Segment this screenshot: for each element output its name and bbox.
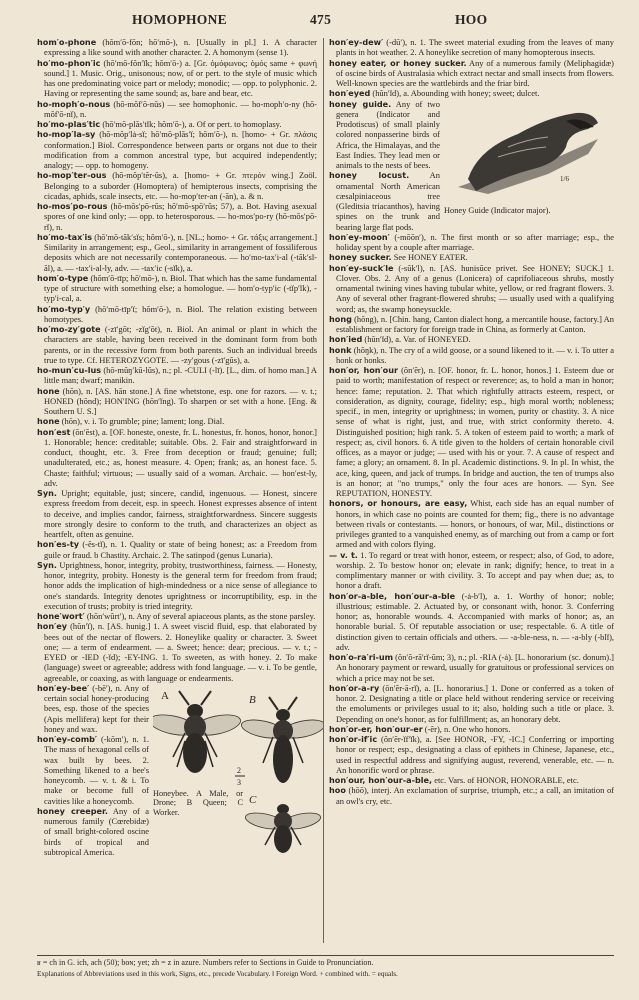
definition: Upright; equitable, just; sincere, candi… xyxy=(44,488,317,539)
dictionary-entry: hon′es-ty (-ĕs-tĭ), n. 1. Quality or sta… xyxy=(37,539,317,560)
headword: hone′wort′ xyxy=(37,611,85,621)
dictionary-entry: ho′mo-tax′is (hō′mō-tăk′sĭs; hŏm′ō-), n.… xyxy=(37,232,317,273)
dictionary-entry: hon′ey-moon′ (-mōōn′), n. The first mont… xyxy=(329,232,614,253)
headword: hon′es-ty xyxy=(37,539,79,549)
definition: (hōn), n. [AS. hān stone.] A fine whetst… xyxy=(44,386,317,417)
dictionary-entry: hon′ey-suck′le (-sŭk′l), n. [AS. hunisūc… xyxy=(329,263,614,314)
column-divider xyxy=(323,38,324,943)
headword: hone xyxy=(37,416,60,426)
left-column: hom′o-phone (hŏm′ō-fōn; hō′mō-), n. [Usu… xyxy=(37,37,317,857)
definition: (hŭn′ĭd), a. Var. of HONEYED. xyxy=(362,334,470,344)
definition: (hō′mō-plăs′tĭk; hŏm′ō-), a. Of or pert.… xyxy=(100,119,281,129)
svg-text:B: B xyxy=(249,694,256,706)
dictionary-entry: hone′wort′ (hōn′wûrt′), n. Any of severa… xyxy=(37,611,317,621)
headword: honey sucker. xyxy=(329,252,392,262)
headword: honors, or honours, are easy, xyxy=(329,498,467,508)
headword: hom′o-type xyxy=(37,273,88,283)
dictionary-entry: honk (hŏŋk), n. The cry of a wild goose,… xyxy=(329,345,614,366)
dictionary-entry: hone (hōn), n. [AS. hān stone.] A fine w… xyxy=(37,386,317,417)
honeybee-caption: Honeybee. A Male, or Drone; B Queen; C W… xyxy=(153,789,243,818)
dictionary-entry: ho-mop′la-sy (hō-mŏp′lȧ-sĭ; hō′mō-plăs′ĭ… xyxy=(37,129,317,170)
headword: ho-mun′cu-lus xyxy=(37,365,101,375)
headword: hon′or-if′ic xyxy=(329,734,377,744)
dictionary-entry: ho-mun′cu-lus (hō-mŭŋ′kū-lŭs), n.; pl. -… xyxy=(37,365,317,386)
right-guide-word: HOO xyxy=(455,12,487,28)
headword: hon′ey-moon′ xyxy=(329,232,390,242)
headword: hon′ey xyxy=(37,621,67,631)
dictionary-entry: hone (hōn), v. i. To grumble; pine; lame… xyxy=(37,416,317,426)
headword: honey guide. xyxy=(329,99,391,109)
footer-line-2: Explanations of Abbreviations used in th… xyxy=(37,969,614,980)
definition: (ŏn′ẽr), n. [OF. honor, fr. L. honor, ho… xyxy=(336,365,614,498)
pronunciation-footer: ʁ = ch in G. ich, ach (50); boɴ; yet; zh… xyxy=(37,958,614,979)
svg-text:3: 3 xyxy=(237,778,241,787)
dictionary-entry: ho′mo-typ′y (hō′mō-tīp′ĭ; hŏm′ō-), n. Bi… xyxy=(37,304,317,325)
headword: hon′eyed xyxy=(329,88,370,98)
headword: hon′ey-bee′ xyxy=(37,683,89,693)
headword: hon′or-a-ble, hon′our-a-ble xyxy=(329,591,455,601)
dictionary-entry: hon′or-a-ble, hon′our-a-ble (-ȧ-b′l), a.… xyxy=(329,591,614,653)
headword: hon′ied xyxy=(329,334,362,344)
dictionary-entry: honey sucker. See HONEY EATER. xyxy=(329,252,614,262)
dictionary-entry: ho-mos′po-rous (hō-mŏs′pō-rŭs; hō′mō-spō… xyxy=(37,201,317,232)
dictionary-entry: hon′eyed (hŭn′ĭd), a. Abounding with hon… xyxy=(329,88,614,98)
dictionary-entry: hon′o-ra′ri-um (ŏn′ō-rā′rĭ-ŭm; 3), n.; p… xyxy=(329,652,614,683)
dictionary-entry: hoo (hōō), interj. An exclamation of sur… xyxy=(329,785,614,806)
headword: hon′or, hon′our xyxy=(329,365,398,375)
dictionary-entry: — v. t. 1. To regard or treat with honor… xyxy=(329,550,614,591)
headword: hon′ey-dew′ xyxy=(329,37,383,47)
bee-icon: A B xyxy=(153,685,323,857)
headword: honk xyxy=(329,345,351,355)
headword: hoo xyxy=(329,785,346,795)
dictionary-entry: Syn. Uprightness, honor, integrity, prob… xyxy=(37,560,317,611)
headword: ho-mos′po-rous xyxy=(37,201,107,211)
dictionary-entry: hon′or-if′ic (ŏn′ẽr-ĭf′ĭk), a. [See HONO… xyxy=(329,734,614,775)
dictionary-entry: honey eater, or honey sucker. Any of a n… xyxy=(329,58,614,89)
dictionary-entry: hong (hŏng), n. [Chin. hang, Canton dial… xyxy=(329,314,614,335)
definition: (hŏng), n. [Chin. hang, Canton dialect h… xyxy=(336,314,614,334)
headword: hon′ey-suck′le xyxy=(329,263,394,273)
headword: Syn. xyxy=(37,488,57,498)
dictionary-entry: hon′est (ŏn′ĕst), a. [OF. honeste, onest… xyxy=(37,427,317,489)
definition: 1. To regard or treat with honor, esteem… xyxy=(336,550,614,591)
headword: hon′our, hon′our-a-ble, xyxy=(329,775,432,785)
dictionary-page: HOMOPHONE 475 HOO hom′o-phone (hŏm′ō-fōn… xyxy=(0,0,639,1000)
definition: (-kōm′), n. 1. The mass of hexagonal cel… xyxy=(44,734,149,806)
footer-line-1: ʁ = ch in G. ich, ach (50); boɴ; yet; zh… xyxy=(37,958,614,969)
dictionary-entry: hon′our, hon′our-a-ble, etc. Vars. of HO… xyxy=(329,775,614,785)
headword: hon′o-ra′ri-um xyxy=(329,652,393,662)
honey-guide-caption: Honey Guide (Indicator major). xyxy=(444,206,551,216)
definition: (ŏn′ẽr-ĭf′ĭk), a. [See HONOR, -FY, -IC.]… xyxy=(336,734,614,775)
headword: ho-mop′la-sy xyxy=(37,129,95,139)
footer-rule xyxy=(37,955,614,956)
definition: (hōō), interj. An exclamation of surpris… xyxy=(336,785,614,805)
page-header: HOMOPHONE 475 HOO xyxy=(0,12,639,32)
definition: (ŏn′ĕst), a. [OF. honeste, oneste, fr. L… xyxy=(44,427,317,488)
bird-icon: 1/6 xyxy=(448,99,608,199)
headword: Syn. xyxy=(37,560,57,570)
honey-guide-illustration: 1/6 Honey Guide (Indicator major). xyxy=(444,99,614,217)
dictionary-entry: hon′or-a-ry (ŏn′ẽr-ā-rĭ), a. [L. honorar… xyxy=(329,683,614,724)
headword: honey eater, or honey sucker. xyxy=(329,58,467,68)
definition: (hŏŋk), n. The cry of a wild goose, or a… xyxy=(336,345,614,365)
dictionary-entry: honors, or honours, are easy, Whist, eac… xyxy=(329,498,614,549)
dictionary-entry: hon′or, hon′our (ŏn′ẽr), n. [OF. honor, … xyxy=(329,365,614,498)
dictionary-entry: hon′ey-dew′ (-dū′), n. 1. The sweet mate… xyxy=(329,37,614,58)
headword: ho′mo-zy′gote xyxy=(37,324,101,334)
headword: — v. t. xyxy=(329,550,358,560)
definition: Any of two genera (Indicator and Prodoti… xyxy=(336,99,440,171)
headword: hon′or-er, hon′our-er xyxy=(329,724,423,734)
headword: ho′mo-tax′is xyxy=(37,232,92,242)
bird-scale: 1/6 xyxy=(560,175,569,183)
svg-text:A: A xyxy=(161,690,169,702)
dictionary-entry: hom′o-type (hŏm′ō-tīp; hō′mō-), n. Biol.… xyxy=(37,273,317,304)
headword: ho′mo-typ′y xyxy=(37,304,90,314)
headword: honey creeper. xyxy=(37,806,108,816)
honeybee-illustration: A B xyxy=(153,685,321,857)
svg-text:C: C xyxy=(249,794,257,806)
dictionary-entry: hon′ey (hŭn′ĭ), n. [AS. hunig.] 1. A swe… xyxy=(37,621,317,683)
headword: hom′o-phone xyxy=(37,37,96,47)
definition: etc. Vars. of HONOR, HONORABLE, etc. xyxy=(432,775,579,785)
headword: hon′or-a-ry xyxy=(329,683,379,693)
dictionary-entry: ho-mop′ter-ous (hō-mŏp′tẽr-ŭs), a. [homo… xyxy=(37,170,317,201)
dictionary-entry: ho-moph′o-nous (hō-mŏf′ō-nŭs) — see homo… xyxy=(37,99,317,120)
definition: Uprightness, honor, integrity, probity, … xyxy=(44,560,317,611)
dictionary-entry: hon′ied (hŭn′ĭd), a. Var. of HONEYED. xyxy=(329,334,614,344)
page-number: 475 xyxy=(310,12,331,28)
definition: (hŭn′ĭd), a. Abounding with honey; sweet… xyxy=(370,88,539,98)
definition: (hōn′wûrt′), n. Any of several apiaceous… xyxy=(85,611,316,621)
left-guide-word: HOMOPHONE xyxy=(132,12,227,28)
dictionary-entry: ho′mo-zy′gote (-zī′gōt; -zĭg′ōt), n. Bio… xyxy=(37,324,317,365)
right-column: hon′ey-dew′ (-dū′), n. 1. The sweet mate… xyxy=(329,37,614,806)
definition: (-ẽr), n. One who honors. xyxy=(423,724,511,734)
definition: (hŭn′ĭ), n. [AS. hunig.] 1. A sweet visc… xyxy=(44,621,317,682)
definition: See HONEY EATER. xyxy=(392,252,468,262)
dictionary-entry: hon′or-er, hon′our-er (-ẽr), n. One who … xyxy=(329,724,614,734)
dictionary-entry: Syn. Upright; equitable, just; sincere, … xyxy=(37,488,317,539)
svg-text:2: 2 xyxy=(237,766,241,775)
dictionary-entry: ho′mo-phon′ic (hō′mō-fŏn′ĭk; hŏm′ō-) a. … xyxy=(37,58,317,99)
dictionary-entry: ho′mo-plas′tic (hō′mō-plăs′tĭk; hŏm′ō-),… xyxy=(37,119,317,129)
dictionary-entry: hom′o-phone (hŏm′ō-fōn; hō′mō-), n. [Usu… xyxy=(37,37,317,58)
headword: hong xyxy=(329,314,352,324)
definition: (-ĕs-tĭ), n. 1. Quality or state of bein… xyxy=(44,539,317,559)
headword: hon′est xyxy=(37,427,70,437)
headword: honey locust. xyxy=(329,170,409,180)
definition: (hōn), v. i. To grumble; pine; lament; l… xyxy=(60,416,225,426)
headword: ho′mo-phon′ic xyxy=(37,58,100,68)
headword: hone xyxy=(37,386,60,396)
headword: ho-mop′ter-ous xyxy=(37,170,106,180)
headword: ho-moph′o-nous xyxy=(37,99,110,109)
headword: ho′mo-plas′tic xyxy=(37,119,100,129)
headword: hon′ey-comb′ xyxy=(37,734,97,744)
